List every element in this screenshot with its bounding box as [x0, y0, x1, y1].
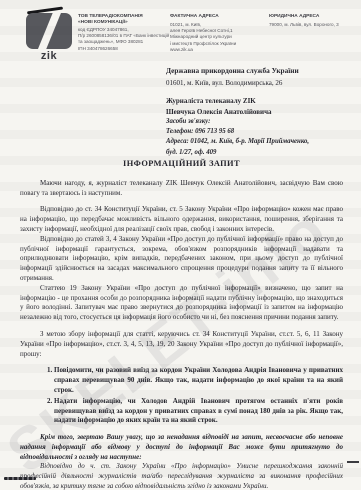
document-title: ІНФОРМАЦІЙНИЙ ЗАПИТ [20, 158, 343, 170]
letterhead-company: ТОВ ТЕЛЕРАДІОКОМПАНІЯ «НОВІ КОМУНІКАЦІЇ»… [78, 14, 170, 52]
zik-logo-icon [26, 13, 72, 49]
warning-paragraph: Крім того, звертаю Вашу увагу, що за нен… [20, 433, 343, 462]
legal-note-paragraph: Відповідно до ч. ст. Закону України «Про… [20, 462, 343, 490]
request-list: Повідомити, чи разовий виїзд за кордон У… [20, 366, 343, 426]
paragraph-intro: Маючи нагоду, я, журналіст телеканалу ZI… [20, 179, 343, 199]
legal-address-line: 79000, м. Львів, вул. Вороного, 3 [269, 22, 357, 28]
recipient-block: Державна прикордонна служба України 0160… [166, 66, 348, 158]
recipient-org-address: 01601, м. Київ, вул. Володимирська, 26 [166, 79, 348, 87]
zik-logo-text: zik [23, 50, 75, 62]
contact-title: Засоби зв'язку: [166, 117, 348, 127]
paragraph-law-2: Відповідно до статей 3, 4 Закону України… [20, 235, 343, 284]
contact-address-line2: буд. 1/27, оф. 409 [166, 148, 348, 158]
document-body: ІНФОРМАЦІЙНИЙ ЗАПИТ Маючи нагоду, я, жур… [20, 158, 343, 490]
contact-address-line1: Адреса: 01042, м. Київ, б-р. Марії Прийм… [166, 137, 348, 147]
actual-address-title: ФАКТИЧНА АДРЕСА [170, 14, 266, 20]
pen-mark-bottom-right [347, 461, 359, 463]
sender-role: Журналіста телеканалу ZIK [166, 96, 348, 107]
website-url: www.zik.ua [170, 47, 266, 53]
paragraph-law-1: Відповідно до ст. 34 Конституції України… [20, 205, 343, 234]
paragraph-purpose: З метою збору інформації для статті, кер… [20, 330, 343, 359]
letterhead-actual-address: ФАКТИЧНА АДРЕСА 01021, м. Київ, алея Гер… [170, 14, 266, 53]
sender-name: Шевчука Олексія Анатолійовича [166, 107, 348, 118]
request-item-2: Надати інформацію, чи Холодов Андрій Іва… [54, 397, 343, 426]
scanned-letter-page: SKELET-info zik ТОВ ТЕЛЕРАДІОКОМПАНІЯ «Н… [0, 0, 361, 490]
recipient-org: Державна прикордонна служба України [166, 66, 348, 75]
company-detail: ІПН 340478626658 [78, 46, 170, 52]
legal-address-title: ЮРИДИЧНА АДРЕСА [269, 14, 357, 20]
zik-logo: zik [23, 13, 75, 62]
pen-mark-bottom-left [4, 477, 36, 480]
letterhead-legal-address: ЮРИДИЧНА АДРЕСА 79000, м. Львів, вул. Во… [269, 14, 357, 28]
request-item-1: Повідомити, чи разовий виїзд за кордон У… [54, 366, 343, 395]
paragraph-law-3: Статтею 19 Закону України «Про доступ до… [20, 284, 343, 323]
contact-phone: Телефон: 096 713 95 68 [166, 127, 348, 137]
